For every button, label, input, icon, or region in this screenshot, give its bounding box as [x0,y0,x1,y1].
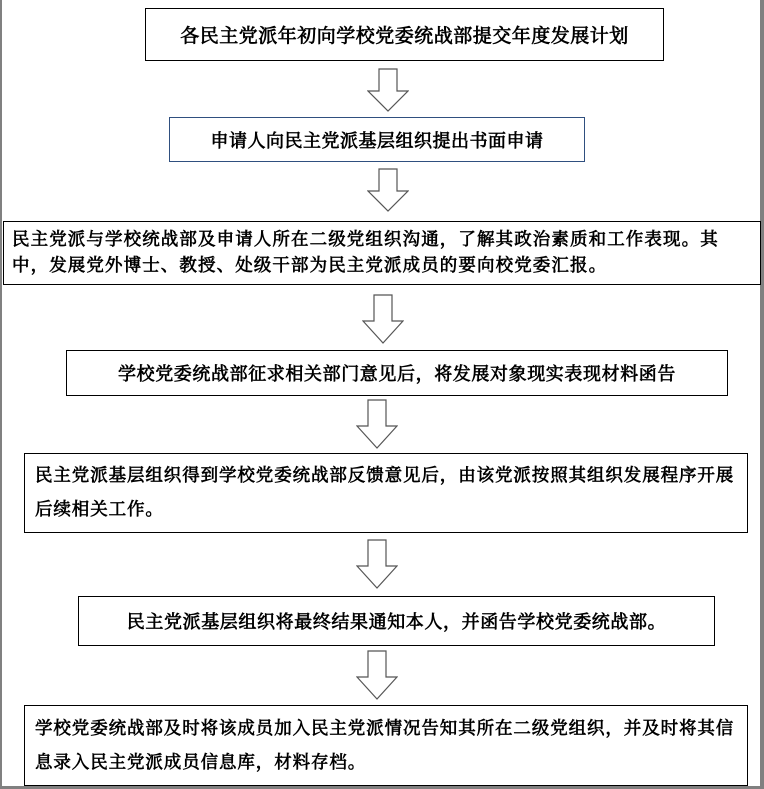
step-7-record-archive: 学校党委统战部及时将该成员加入民主党派情况告知其所在二级党组织，并及时将其信息录… [24,705,748,786]
step-6-text: 民主党派基层组织将最终结果通知本人，并函告学校党委统战部。 [127,608,666,634]
step-4-text: 学校党委统战部征求相关部门意见后，将发展对象现实表现材料函告 [118,360,676,386]
step-3-communication: 民主党派与学校统战部及申请人所在二级党组织沟通，了解其政治素质和工作表现。其中，… [3,221,761,285]
step-4-solicit-opinions: 学校党委统战部征求相关部门意见后，将发展对象现实表现材料函告 [66,350,728,396]
frame-border-left [0,0,2,789]
step-5-follow-up-work: 民主党派基层组织得到学校党委统战部反馈意见后，由该党派按照其组织发展程序开展后续… [24,453,748,533]
step-7-text: 学校党委统战部及时将该成员加入民主党派情况告知其所在二级党组织，并及时将其信息录… [35,712,737,780]
step-1-text: 各民主党派年初向学校党委统战部提交年度发展计划 [180,21,629,48]
down-arrow-icon [362,294,404,338]
step-2-text: 申请人向民主党派基层组织提出书面申请 [211,127,544,153]
down-arrow-icon [356,539,398,583]
step-3-text: 民主党派与学校统战部及申请人所在二级党组织沟通，了解其政治素质和工作表现。其中，… [12,227,752,279]
down-arrow-icon [356,399,398,443]
down-arrow-icon [356,650,398,694]
step-2-written-application: 申请人向民主党派基层组织提出书面申请 [169,117,585,162]
frame-border-right [760,0,764,789]
step-5-text: 民主党派基层组织得到学校党委统战部反馈意见后，由该党派按照其组织发展程序开展后续… [35,459,737,527]
down-arrow-icon [367,68,409,112]
step-1-annual-plan: 各民主党派年初向学校党委统战部提交年度发展计划 [145,8,664,61]
step-6-notify-result: 民主党派基层组织将最终结果通知本人，并函告学校党委统战部。 [78,596,715,646]
down-arrow-icon [367,168,409,212]
